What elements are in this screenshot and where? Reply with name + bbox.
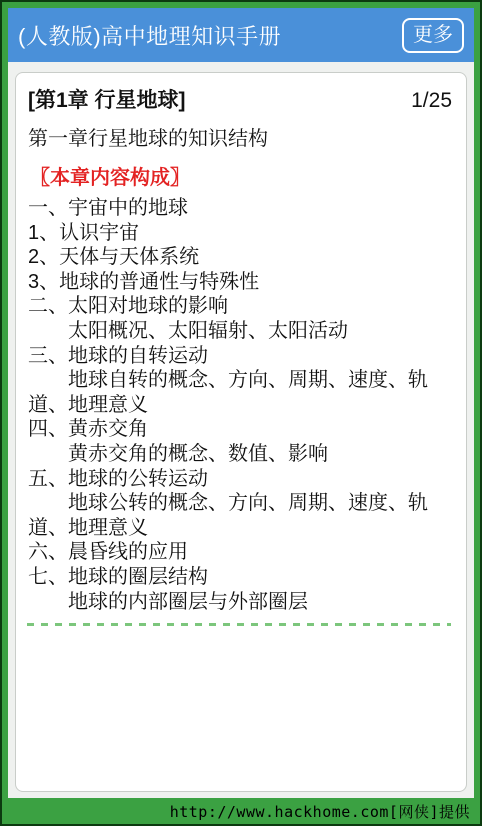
content-background: [第1章 行星地球] 1/25 第一章行星地球的知识结构 〖本章内容构成〗 一、…	[8, 62, 474, 798]
app-window: (人教版)高中地理知识手册 更多 [第1章 行星地球] 1/25 第一章行星地球…	[0, 0, 482, 826]
outline-line: 黄赤交角的概念、数值、影响	[28, 442, 456, 467]
content-card[interactable]: [第1章 行星地球] 1/25 第一章行星地球的知识结构 〖本章内容构成〗 一、…	[15, 72, 467, 792]
outline-line: 地球公转的概念、方向、周期、速度、轨	[28, 491, 456, 516]
outline-list: 一、宇宙中的地球 1、认识宇宙 2、天体与天体系统 3、地球的普通性与特殊性 二…	[22, 196, 456, 614]
app-title: (人教版)高中地理知识手册	[18, 20, 281, 51]
page-indicator: 1/25	[411, 87, 456, 115]
outline-line: 四、黄赤交角	[28, 417, 456, 442]
outline-line: 六、晨昏线的应用	[28, 540, 456, 565]
outline-line: 五、地球的公转运动	[28, 467, 456, 492]
outline-line: 地球自转的概念、方向、周期、速度、轨	[28, 368, 456, 393]
footer-credit-url: http://www.hackhome.com[网侠]提供	[170, 801, 470, 822]
chapter-title: [第1章 行星地球]	[28, 87, 186, 115]
outline-line: 道、地理意义	[28, 516, 456, 541]
section-heading: 〖本章内容构成〗	[22, 165, 456, 191]
footer-bar: http://www.hackhome.com[网侠]提供	[8, 798, 474, 824]
chapter-subtitle: 第一章行星地球的知识结构	[22, 126, 456, 152]
outline-line: 太阳概况、太阳辐射、太阳活动	[28, 319, 456, 344]
outline-line: 2、天体与天体系统	[28, 245, 456, 270]
dashed-divider	[27, 623, 451, 626]
app-header: (人教版)高中地理知识手册 更多	[8, 8, 474, 62]
outline-line: 七、地球的圈层结构	[28, 565, 456, 590]
chapter-title-row: [第1章 行星地球] 1/25	[22, 87, 456, 115]
outline-line: 道、地理意义	[28, 393, 456, 418]
outline-line: 地球的内部圈层与外部圈层	[28, 590, 456, 615]
outline-line: 三、地球的自转运动	[28, 344, 456, 369]
outline-line: 1、认识宇宙	[28, 221, 456, 246]
outline-line: 3、地球的普通性与特殊性	[28, 270, 456, 295]
more-button[interactable]: 更多	[402, 18, 464, 53]
outline-line: 一、宇宙中的地球	[28, 196, 456, 221]
outline-line: 二、太阳对地球的影响	[28, 294, 456, 319]
